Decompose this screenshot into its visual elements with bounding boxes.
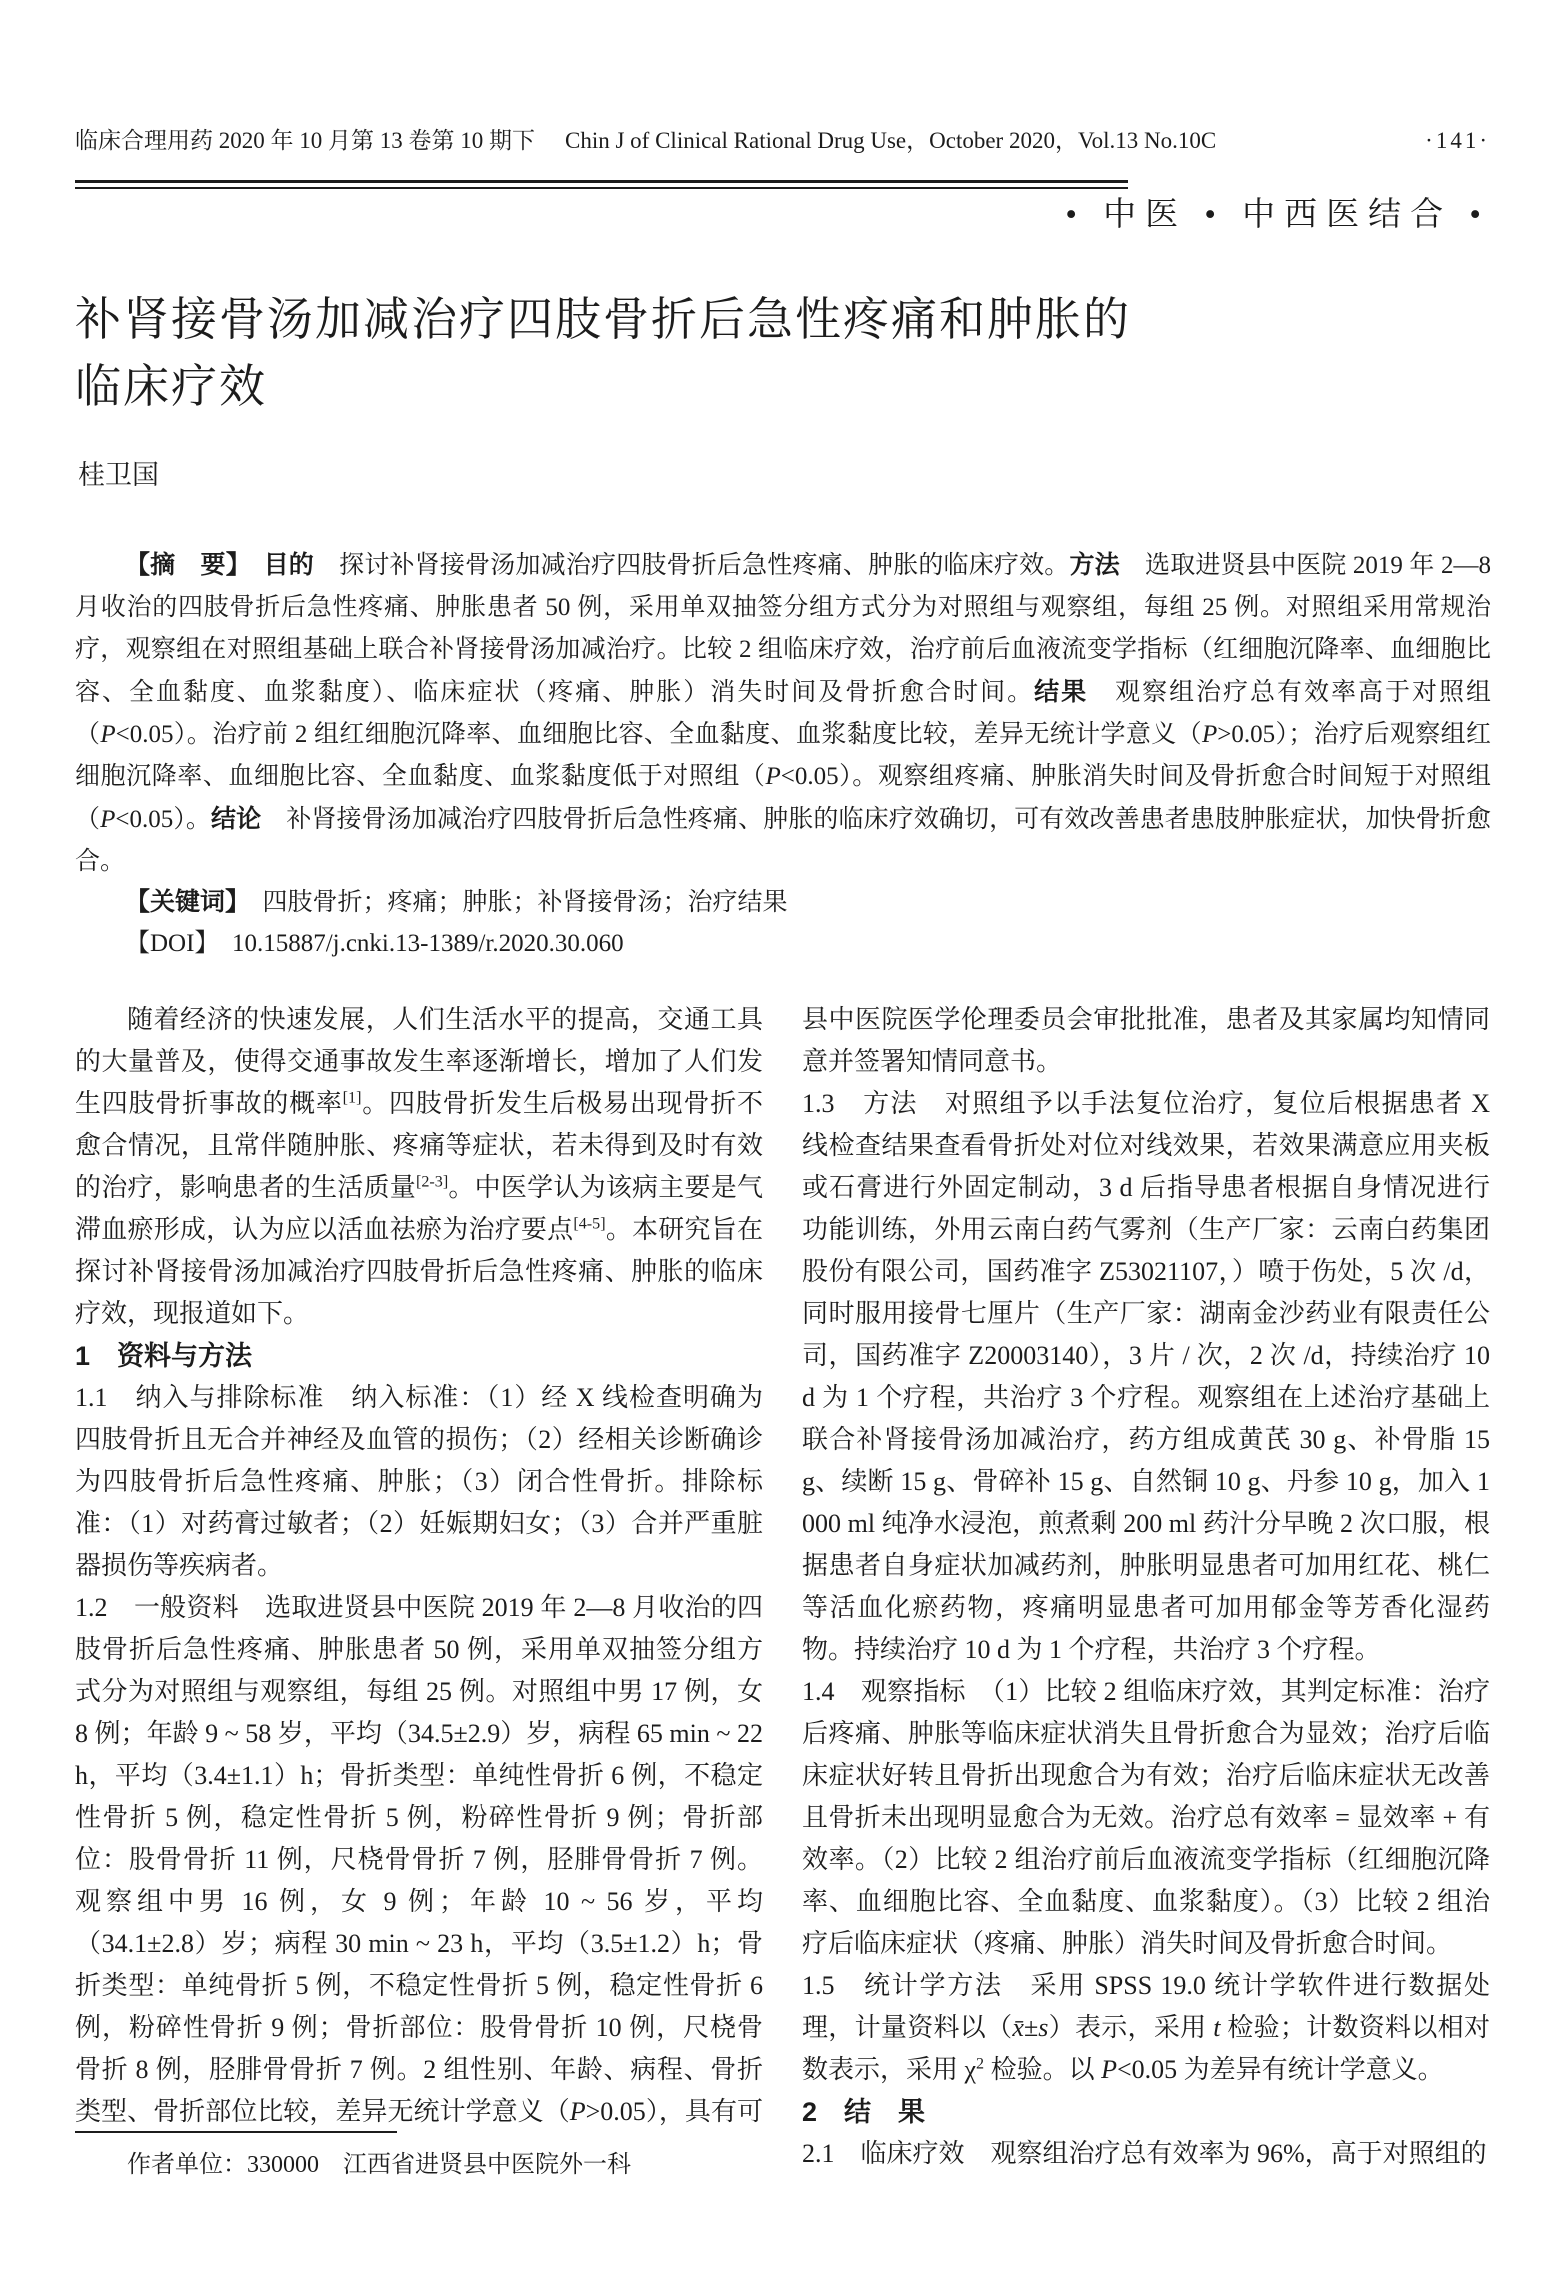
paragraph: 1.3 方法 对照组予以手法复位治疗，复位后根据患者 X 线检查结果查看骨折处对… xyxy=(802,1083,1490,1671)
text-segment: 2 xyxy=(976,2055,984,2072)
header-double-rule xyxy=(75,180,1128,189)
footnote-author-affiliation: 作者单位：330000 江西省进贤县中医院外一科 xyxy=(75,2147,763,2183)
text-segment: 探讨补肾接骨汤加减治疗四肢骨折后急性疼痛、肿胀的临床疗效。 xyxy=(339,552,1069,579)
body-right-column: 县中医院医学伦理委员会审批批准，患者及其家属均知情同意并签署知情同意书。1.3 … xyxy=(802,999,1490,2224)
paragraph: 1.5 统计学方法 采用 SPSS 19.0 统计学软件进行数据处理，计量资料以… xyxy=(802,1965,1490,2091)
article-title-line-1: 补肾接骨汤加减治疗四肢骨折后急性疼痛和肿胀的 xyxy=(75,286,1491,353)
text-segment: [1] xyxy=(343,1089,362,1106)
text-segment: ）表示，采用 xyxy=(1048,2013,1213,2042)
page-number: ·141· xyxy=(1425,128,1490,154)
journal-title-en: Chin J of Clinical Rational Drug Use，Oct… xyxy=(565,122,1216,155)
text-segment: 【DOI】 xyxy=(125,930,232,957)
text-segment: 1.3 方法 对照组予以手法复位治疗，复位后根据患者 X 线检查结果查看骨折处对… xyxy=(802,1089,1490,1664)
text-segment: s xyxy=(1038,2013,1048,2042)
text-segment: [2-3] xyxy=(416,1173,448,1190)
article-title-line-2: 临床疗效 xyxy=(75,353,1491,420)
text-segment: 结果 xyxy=(1034,678,1115,706)
text-segment: <0.05）。治疗前 2 组红细胞沉降率、血细胞比容、全血黏度、血浆黏度比较，差… xyxy=(116,721,1202,748)
footnote-rule xyxy=(75,2131,397,2133)
paragraph: 1.1 纳入与排除标准 纳入标准：（1）经 X 线检查明确为四肢骨折且无合并神经… xyxy=(75,1377,763,1587)
text-segment: 10.15887/j.cnki.13-1389/r.2020.30.060 xyxy=(232,930,624,957)
text-segment: 目的 xyxy=(264,551,340,579)
text-segment: 2 结 果 xyxy=(802,2097,925,2127)
journal-info: 临床合理用药 2020 年 10 月第 13 卷第 10 期下 Chin J o… xyxy=(75,122,1216,155)
paragraph: 2.1 临床疗效 观察组治疗总有效率为 96%，高于对照组的 xyxy=(802,2133,1490,2175)
text-segment: 县中医院医学伦理委员会审批批准，患者及其家属均知情同意并签署知情同意书。 xyxy=(802,1005,1490,1076)
paragraph: 县中医院医学伦理委员会审批批准，患者及其家属均知情同意并签署知情同意书。 xyxy=(802,999,1490,1083)
text-segment: 方法 xyxy=(1069,551,1145,579)
text-segment: P xyxy=(100,721,115,748)
paragraph: 1.4 观察指标 （1）比较 2 组临床疗效，其判定标准：治疗后疼痛、肿胀等临床… xyxy=(802,1671,1490,1965)
text-segment: 【摘 要】 xyxy=(125,551,264,579)
text-segment: 结论 xyxy=(211,805,286,833)
text-segment: P xyxy=(1202,721,1217,748)
section-heading: 1 资料与方法 xyxy=(75,1335,763,1377)
text-segment: 2.1 临床疗效 观察组治疗总有效率为 96%，高于对照组的 xyxy=(802,2139,1487,2168)
text-segment: P xyxy=(765,763,780,790)
text-segment: P xyxy=(100,806,115,833)
text-segment: P xyxy=(570,2097,586,2126)
running-header: 临床合理用药 2020 年 10 月第 13 卷第 10 期下 Chin J o… xyxy=(75,122,1490,155)
text-segment: [4-5] xyxy=(573,1215,605,1232)
paragraph: 1.2 一般资料 选取进贤县中医院 2019 年 2—8 月收治的四肢骨折后急性… xyxy=(75,1587,763,2127)
abstract: 【摘 要】 目的 探讨补肾接骨汤加减治疗四肢骨折后急性疼痛、肿胀的临床疗效。方法… xyxy=(75,544,1491,883)
text-segment: 1.4 观察指标 （1）比较 2 组临床疗效，其判定标准：治疗后疼痛、肿胀等临床… xyxy=(802,1677,1490,1958)
journal-title-cn: 临床合理用药 2020 年 10 月第 13 卷第 10 期下 xyxy=(75,122,535,155)
doi-line: 【DOI】 10.15887/j.cnki.13-1389/r.2020.30.… xyxy=(75,923,1491,965)
journal-page: 临床合理用药 2020 年 10 月第 13 卷第 10 期下 Chin J o… xyxy=(0,0,1545,2269)
article-title: 补肾接骨汤加减治疗四肢骨折后急性疼痛和肿胀的 临床疗效 xyxy=(75,286,1491,420)
text-segment: x̄ xyxy=(1012,2013,1024,2042)
section-heading: 2 结 果 xyxy=(802,2091,1490,2133)
text-segment: 检验。以 xyxy=(984,2055,1101,2084)
column-banner: • 中医 • 中西医结合 • xyxy=(1065,188,1490,235)
keywords-line: 【关键词】 四肢骨折；疼痛；肿胀；补肾接骨汤；治疗结果 xyxy=(75,881,1491,924)
text-segment: 【关键词】 xyxy=(125,888,263,916)
text-segment: ± xyxy=(1024,2013,1038,2042)
body-left-column: 随着经济的快速发展，人们生活水平的提高，交通工具的大量普及，使得交通事故发生率逐… xyxy=(75,999,763,2127)
text-segment: <0.05 为差异有统计学意义。 xyxy=(1117,2055,1444,2084)
text-segment: 四肢骨折；疼痛；肿胀；补肾接骨汤；治疗结果 xyxy=(263,889,788,916)
text-segment: 1.2 一般资料 选取进贤县中医院 2019 年 2—8 月收治的四肢骨折后急性… xyxy=(75,1593,763,2126)
text-segment: 1 资料与方法 xyxy=(75,1341,252,1371)
text-segment: 1.1 纳入与排除标准 纳入标准：（1）经 X 线检查明确为四肢骨折且无合并神经… xyxy=(75,1383,763,1580)
author-name: 桂卫国 xyxy=(78,453,159,492)
text-segment: P xyxy=(1101,2055,1117,2084)
text-segment: <0.05）。 xyxy=(115,806,211,833)
text-segment: 补肾接骨汤加减治疗四肢骨折后急性疼痛、肿胀的临床疗效确切，可有效改善患者患肢肿胀… xyxy=(75,806,1491,875)
paragraph: 随着经济的快速发展，人们生活水平的提高，交通工具的大量普及，使得交通事故发生率逐… xyxy=(75,999,763,1335)
